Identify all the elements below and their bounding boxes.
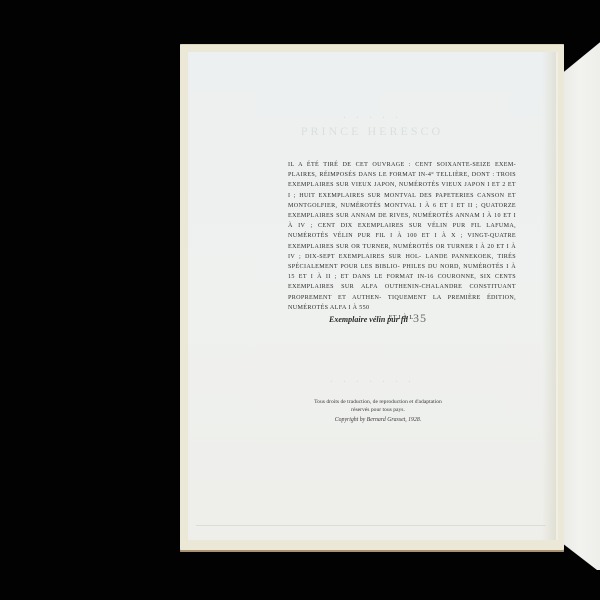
photo-background: · · · · · PRINCE HERESCO · · · · · · · i…	[0, 0, 600, 600]
rights-line-1: Tous droits de traduction, de reproducti…	[200, 398, 556, 406]
rights-line-2: réservés pour tous pays.	[200, 406, 556, 414]
page-crease	[196, 525, 546, 526]
copy-label: Exemplaire vélin pur fil	[329, 315, 408, 324]
copy-number: 35	[413, 311, 427, 325]
bleed-through-lower: · · · · · · ·	[188, 374, 556, 389]
justification-du-tirage: il a été tiré de cet ouvrage : cent soix…	[288, 160, 516, 323]
book-page: · · · · · PRINCE HERESCO · · · · · · · i…	[188, 52, 556, 540]
copyright-line: Copyright by Bernard Grasset, 1928.	[188, 417, 556, 423]
justification-line: plaires, réimposés dans le format in-4° …	[288, 172, 497, 178]
copy-designation: Exemplaire vélin pur fil 35	[188, 311, 556, 326]
rights-notice: Tous droits de traduction, de reproducti…	[188, 398, 556, 414]
bleed-through-top: · · · · ·	[188, 110, 556, 125]
justification-line: il a été tiré de cet ouvrage : cent soix…	[288, 162, 516, 168]
bleed-through-title: PRINCE HERESCO	[188, 124, 556, 139]
